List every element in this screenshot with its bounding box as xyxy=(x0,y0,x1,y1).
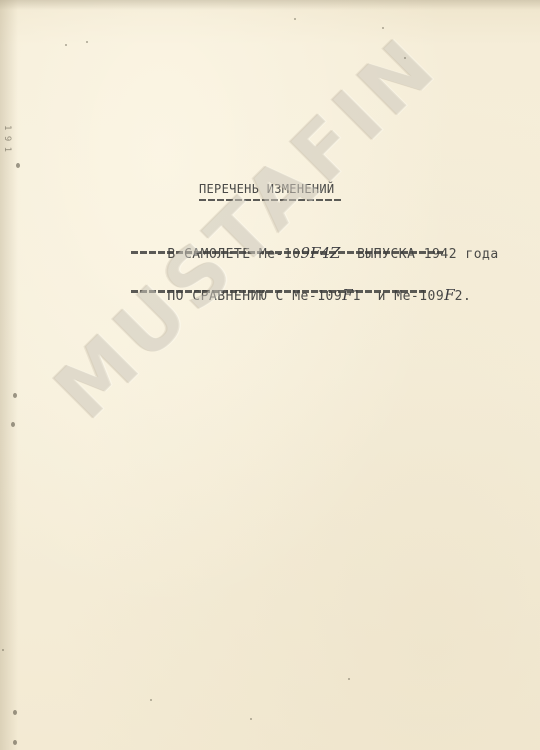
binding-hole xyxy=(16,163,20,168)
handwritten-f1: F xyxy=(342,286,352,304)
paper-speck xyxy=(382,27,384,29)
document-page: 1 9 1 ПЕРЕЧЕНЬ ИЗМЕНЕНИЙ В САМОЛЕТЕ Ме-1… xyxy=(0,0,540,750)
paper-speck xyxy=(404,57,406,59)
paper-speck xyxy=(86,41,88,43)
binding-hole xyxy=(11,422,15,427)
paper-speck xyxy=(294,18,296,20)
binding-hole xyxy=(13,710,17,715)
paper-edge-top xyxy=(0,0,540,10)
paper-edge-left xyxy=(0,0,18,750)
paper-speck xyxy=(65,44,67,46)
handwritten-f2: F xyxy=(444,286,454,304)
paper-speck xyxy=(250,718,252,720)
paper-speck xyxy=(150,699,152,701)
line1-suffix: ВЫПУСКА 1942 года xyxy=(340,247,498,262)
margin-mark: 1 9 1 xyxy=(2,125,12,152)
binding-hole xyxy=(13,393,17,398)
line2-part3: 2. xyxy=(455,289,472,304)
paper-speck xyxy=(2,649,4,651)
binding-hole xyxy=(13,740,17,745)
paper-speck xyxy=(348,678,350,680)
